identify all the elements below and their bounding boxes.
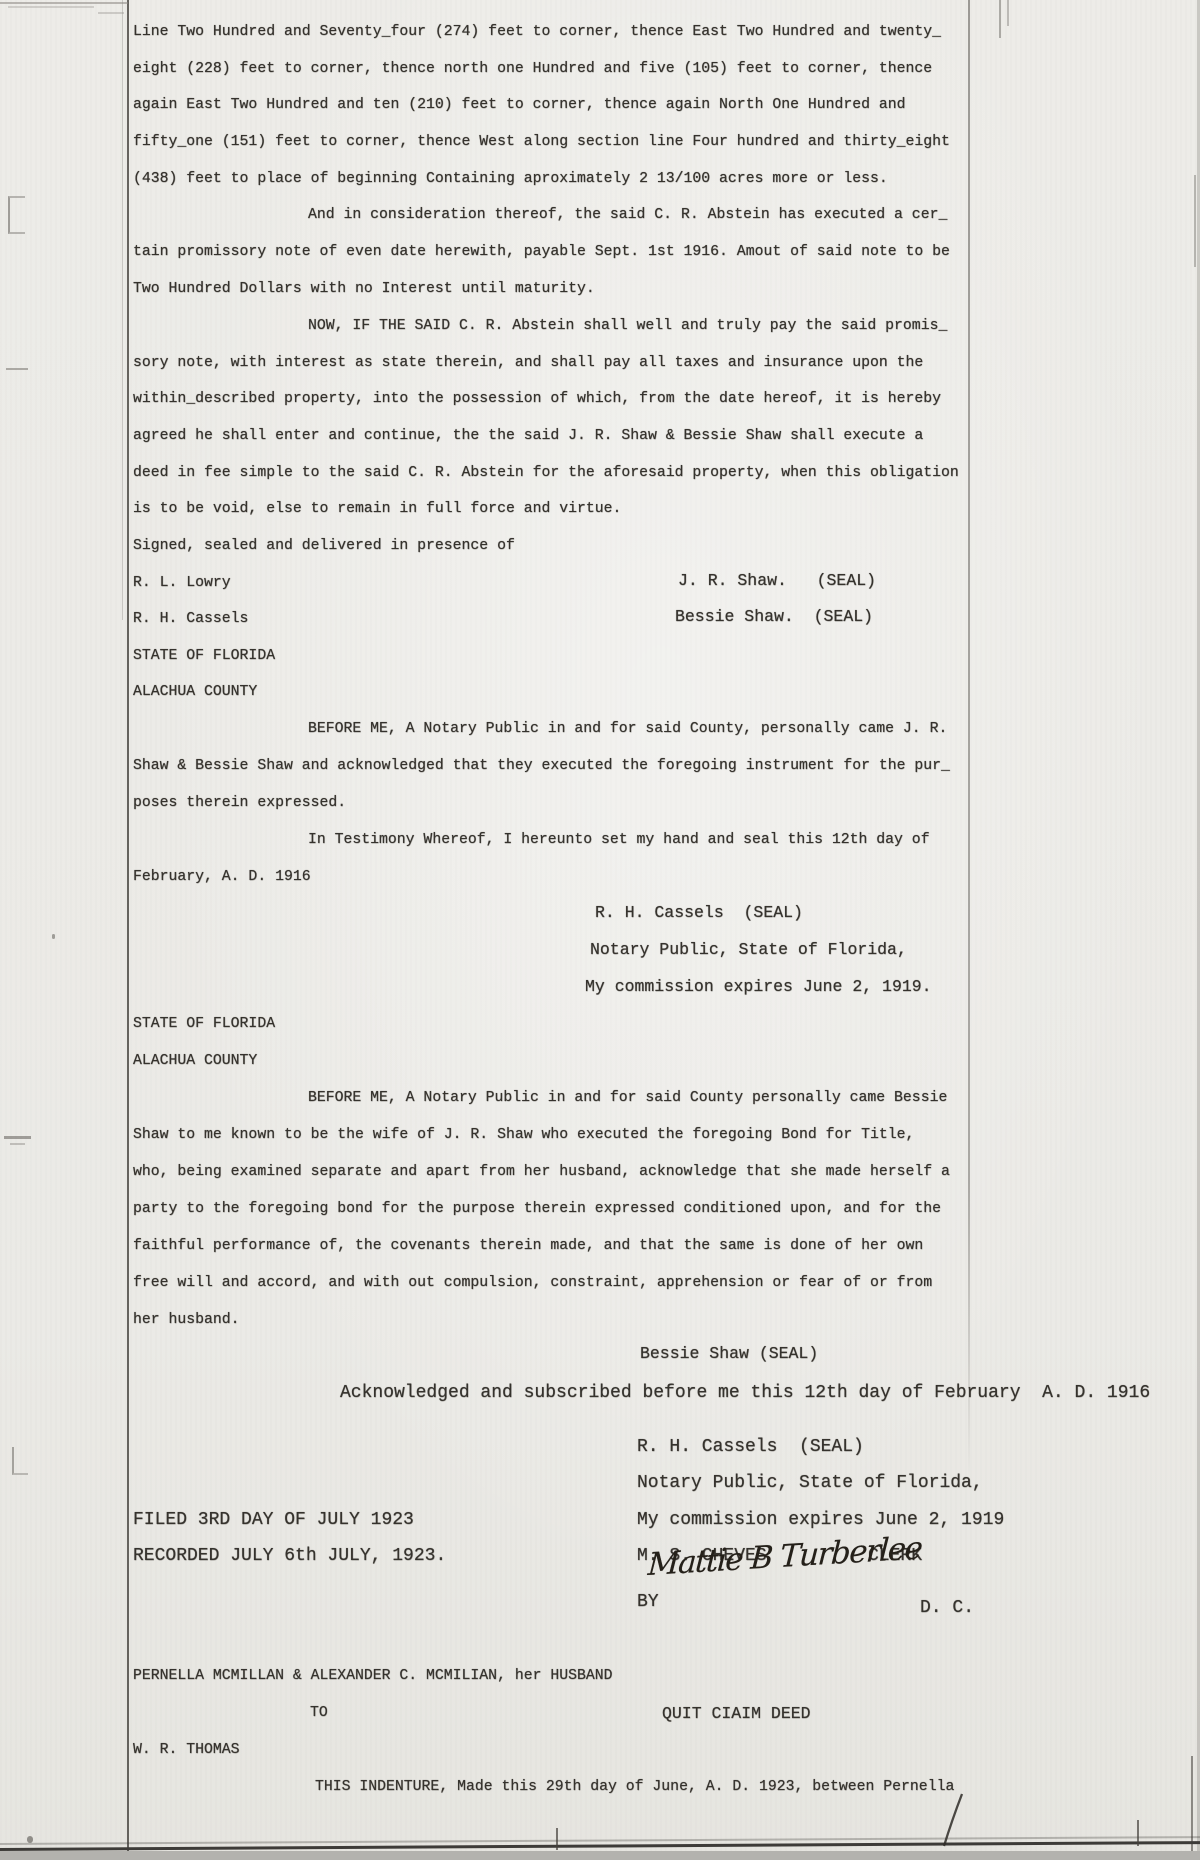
document-line: My commission expires June 2, 1919. xyxy=(585,978,932,997)
document-line: Acknowledged and subscribed before me th… xyxy=(340,1383,1150,1404)
document-line: poses therein expressed. xyxy=(133,795,346,812)
left-margin-bracket xyxy=(8,196,25,234)
left-margin-speck xyxy=(52,934,55,939)
document-line: ALACHUA COUNTY xyxy=(133,1053,257,1070)
document-line: QUIT CIAIM DEED xyxy=(662,1705,811,1724)
document-line: Shaw & Bessie Shaw and acknowledged that… xyxy=(133,758,950,775)
document-line: tain promissory note of even date herewi… xyxy=(133,244,950,261)
right-margin-rule xyxy=(968,0,970,1480)
document-line: FILED 3RD DAY OF JULY 1923 xyxy=(133,1510,414,1531)
clerk-signature: Mattie B Turberlee xyxy=(647,1530,923,1583)
document-line: Notary Public, State of Florida, xyxy=(590,941,907,960)
document-line: February, A. D. 1916 xyxy=(133,869,311,886)
document-line: party to the foregoing bond for the purp… xyxy=(133,1201,941,1218)
left-margin-dash-3 xyxy=(10,1143,25,1145)
document-line: D. C. xyxy=(920,1598,974,1619)
document-line: My commission expires June 2, 1919 xyxy=(637,1510,1004,1531)
document-line: again East Two Hundred and ten (210) fee… xyxy=(133,97,906,114)
document-line: is to be void, else to remain in full fo… xyxy=(133,501,621,518)
bottom-scan-band xyxy=(0,1851,1200,1860)
document-line: W. R. THOMAS xyxy=(133,1742,240,1759)
document-line: BEFORE ME, A Notary Public in and for sa… xyxy=(308,1090,947,1107)
document-line: Signed, sealed and delivered in presence… xyxy=(133,538,515,555)
document-line: her husband. xyxy=(133,1312,240,1329)
document-line: Two Hundred Dollars with no Interest unt… xyxy=(133,281,595,298)
document-line: In Testimony Whereof, I hereunto set my … xyxy=(308,832,930,849)
document-line: RECORDED JULY 6th JULY, 1923. xyxy=(133,1546,446,1567)
top-left-streak-3 xyxy=(98,12,124,14)
document-line: R. L. Lowry xyxy=(133,575,231,592)
top-left-streak xyxy=(0,2,128,4)
document-line: within_described property, into the poss… xyxy=(133,391,941,408)
left-margin-dash-2 xyxy=(4,1136,31,1139)
left-margin-rule-ghost xyxy=(122,0,123,620)
document-line: Bessie Shaw. (SEAL) xyxy=(675,608,873,627)
document-line: (438) feet to place of beginning Contain… xyxy=(133,171,888,188)
document-line: deed in fee simple to the said C. R. Abs… xyxy=(133,465,959,482)
document-line: who, being examined separate and apart f… xyxy=(133,1164,950,1181)
left-margin-dash xyxy=(6,368,28,370)
bottom-column-tick-2 xyxy=(1137,1820,1139,1846)
document-line: ALACHUA COUNTY xyxy=(133,684,257,701)
document-line: THIS INDENTURE, Made this 29th day of Ju… xyxy=(315,1779,954,1796)
document-line: J. R. Shaw. (SEAL) xyxy=(678,572,876,591)
right-edge-mark xyxy=(1194,175,1196,267)
deed-book-page: Line Two Hundred and Seventy_four (274) … xyxy=(0,0,1200,1860)
top-right-scan-mark-2 xyxy=(1007,0,1009,26)
document-line: R. H. Cassels xyxy=(133,611,248,628)
document-line: And in consideration thereof, the said C… xyxy=(308,207,947,224)
document-line: NOW, IF THE SAID C. R. Abstein shall wel… xyxy=(308,318,947,335)
left-margin-rule xyxy=(127,0,129,1853)
pen-slash-mark xyxy=(942,1792,966,1848)
document-line: Line Two Hundred and Seventy_four (274) … xyxy=(133,24,941,41)
document-line: Notary Public, State of Florida, xyxy=(637,1473,983,1494)
document-line: R. H. Cassels (SEAL) xyxy=(637,1437,864,1458)
document-line: fifty_one (151) feet to corner, thence W… xyxy=(133,134,950,151)
left-margin-bracket-2 xyxy=(12,1447,28,1475)
top-right-scan-mark xyxy=(999,0,1001,38)
document-line: STATE OF FLORIDA xyxy=(133,1016,275,1033)
document-line: Bessie Shaw (SEAL) xyxy=(640,1345,818,1364)
document-line: eight (228) feet to corner, thence north… xyxy=(133,61,932,78)
document-line: Shaw to me known to be the wife of J. R.… xyxy=(133,1127,914,1144)
document-line: free will and accord, and with out compu… xyxy=(133,1275,932,1292)
document-line: BEFORE ME, A Notary Public in and for sa… xyxy=(308,721,947,738)
document-line: R. H. Cassels (SEAL) xyxy=(595,904,803,923)
document-line: sory note, with interest as state therei… xyxy=(133,355,923,372)
top-left-streak-2 xyxy=(8,6,94,8)
document-line: STATE OF FLORIDA xyxy=(133,648,275,665)
document-line: BY xyxy=(637,1592,659,1613)
bottom-column-tick xyxy=(556,1828,558,1850)
document-line: agreed he shall enter and continue, the … xyxy=(133,428,923,445)
document-line: PERNELLA MCMILLAN & ALEXANDER C. MCMILIA… xyxy=(133,1668,613,1685)
document-line: faithful performance of, the covenants t… xyxy=(133,1238,923,1255)
document-line: TO xyxy=(310,1705,328,1722)
